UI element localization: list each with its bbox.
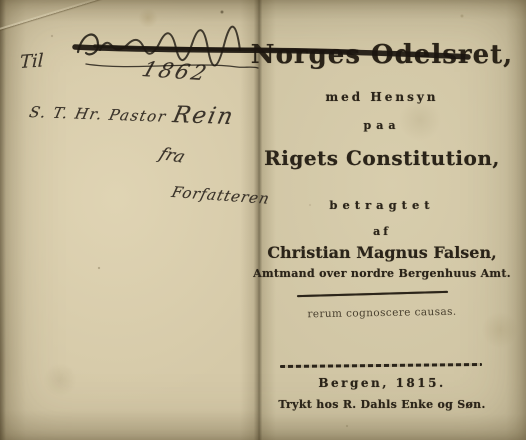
handwritten-til: Til <box>20 50 44 73</box>
book-photo: Norges Odelsret, med Hensyn paa Rigets C… <box>0 0 526 440</box>
subtitle-line-1: med Hensyn <box>250 90 514 104</box>
byline-af: af <box>250 225 514 238</box>
imprint-printer: Trykt hos R. Dahls Enke og Søn. <box>250 398 514 411</box>
subtitle-line-2: paa <box>250 119 514 132</box>
dedication-name: Rein <box>170 102 237 130</box>
imprint-city-year: Bergen, 1815. <box>250 376 514 390</box>
book-title: Norges Odelsret, <box>250 40 514 70</box>
byline-betragtet: betragtet <box>250 198 514 212</box>
author-name: Christian Magnus Falsen, <box>250 243 514 262</box>
handwritten-year: 1862 <box>139 57 212 85</box>
dedication-prefix: S. T. Hr. Pastor <box>28 103 175 126</box>
author-title-line: Amtmand over nordre Bergenhuus Amt. <box>250 267 514 280</box>
subtitle-line-3: Rigets Constitution, <box>250 146 514 170</box>
